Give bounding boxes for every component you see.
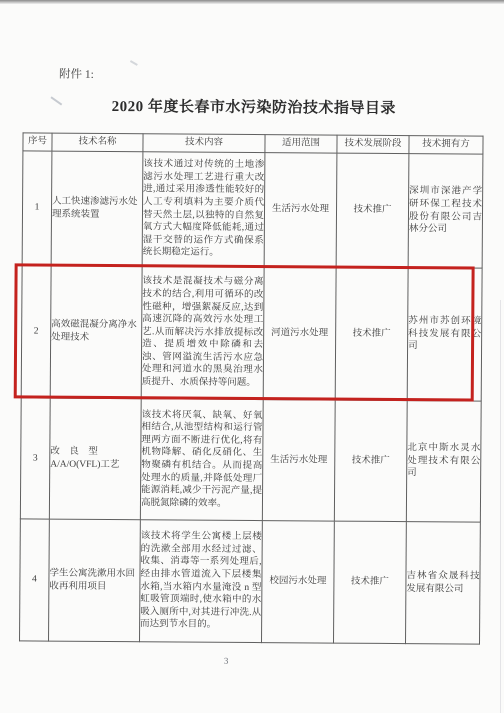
row4-content: 该技术将学生公寓楼上层楼的洗漱全部用水经过过滤、收集、消毒等一系列处理后,经由排…: [140, 520, 263, 643]
row4-scope: 校园污水处理: [262, 521, 335, 643]
row1-no: 1: [22, 151, 52, 265]
row1-content: 该技术通过对传统的土地渗滤污水处理工艺进行重大改进,通过采用渗透性能较好的人工专…: [142, 152, 265, 267]
row3-content: 该技术将厌氧、缺氧、好氧相结合,从池型结构和运行管理两方面不断进行优化,将有机物…: [140, 399, 263, 521]
table-row: 3 改 良 型 A/A/O(VFL)工艺 该技术将厌氧、缺氧、好氧相结合,从池型…: [20, 398, 481, 522]
header-name: 技术名称: [52, 133, 143, 152]
table-row-highlighted: 2 高效磁混凝分离净水处理技术 该技术是混凝技术与磁分离技术的结合,利用可循环的…: [21, 265, 482, 401]
row1-stage: 技术推广: [336, 153, 409, 267]
row2-scope: 河道污水处理: [263, 267, 336, 400]
page-title: 2020 年度长春市水污染防治技术指导目录: [2, 94, 504, 119]
row1-name: 人工快速渗滤污水处理系统装置: [51, 151, 143, 266]
row4-stage: 技术推广: [334, 521, 407, 643]
row1-scope: 生活污水处理: [264, 153, 337, 267]
row2-name: 高效磁混凝分离净水处理技术: [50, 265, 142, 399]
row3-stage: 技术推广: [334, 400, 407, 521]
header-owner: 技术拥有方: [409, 136, 483, 155]
row3-no: 3: [20, 398, 50, 519]
table-row: 1 人工快速渗滤污水处理系统装置 该技术通过对传统的土地渗滤污水处理工艺进行重大…: [22, 151, 483, 268]
row2-stage: 技术推广: [335, 267, 408, 400]
row2-owner: 苏州市苏创环境科技发展有限公司: [407, 268, 482, 402]
row1-owner: 深圳市深港产学研环保工程技术股份有限公司吉林分公司: [408, 154, 483, 269]
header-stage: 技术发展阶段: [337, 135, 409, 154]
row2-content: 该技术是混凝技术与磁分离技术的结合,利用可循环的改性磁种，增强絮凝反应,达到高速…: [141, 266, 264, 400]
row3-scope: 生活污水处理: [262, 400, 335, 521]
document-page: 附件 1: 2020 年度长春市水污染防治技术指导目录 序号 技术名称 技术内容…: [0, 0, 504, 713]
header-scope: 适用范围: [265, 135, 337, 154]
row4-no: 4: [20, 519, 50, 641]
row3-owner: 北京中斯水灵水处理技术有限公司: [406, 401, 481, 523]
technology-catalog-table: 序号 技术名称 技术内容 适用范围 技术发展阶段 技术拥有方 1 人工快速渗滤污…: [19, 132, 484, 644]
page-number: 3: [224, 656, 229, 666]
header-no: 序号: [23, 133, 52, 151]
row4-name: 学生公寓洗漱用水回收再利用项目: [49, 519, 141, 642]
row2-no: 2: [21, 265, 51, 398]
table-row: 4 学生公寓洗漱用水回收再利用项目 该技术将学生公寓楼上层楼的洗漱全部用水经过过…: [20, 519, 481, 644]
header-content: 技术内容: [143, 134, 265, 153]
row3-name: 改 良 型 A/A/O(VFL)工艺: [49, 398, 141, 520]
row4-owner: 吉林省众晟科技发展有限公司: [405, 522, 480, 645]
attachment-label: 附件 1:: [59, 66, 94, 82]
